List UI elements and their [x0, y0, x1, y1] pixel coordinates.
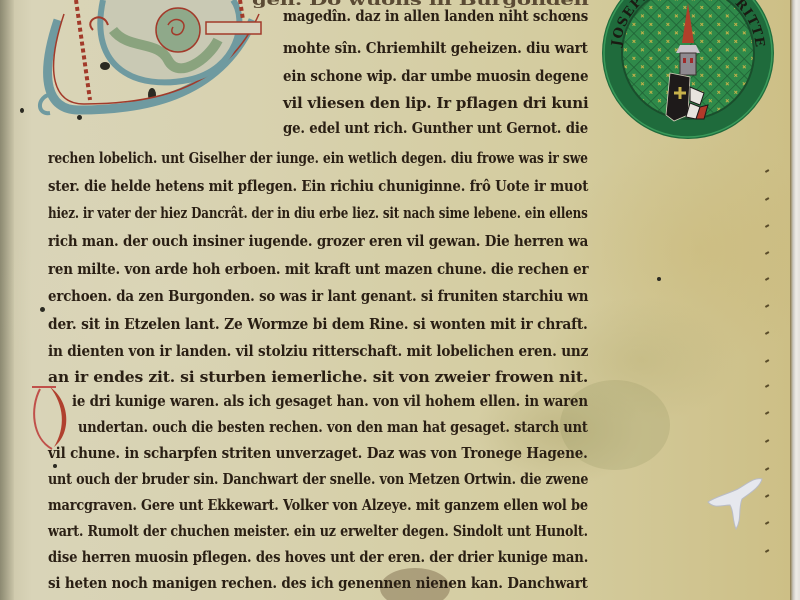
text-line: undertan. ouch die besten rechen. von de…: [78, 418, 588, 436]
text-line: unt ouch der bruder sin. Danchwart der s…: [48, 470, 588, 488]
text-line: der. sit in Etzelen lant. Ze Wormze bi d…: [48, 315, 588, 333]
text-line: marcgraven. Gere unt Ekkewart. Volker vo…: [48, 496, 588, 514]
text-line: dise herren muosin pflegen. des hoves un…: [48, 548, 588, 566]
text-line: hiez. ir vater der hiez Dancrât. der in …: [48, 204, 588, 222]
text-line: erchoen. da zen Burgonden. so was ir lan…: [48, 287, 588, 305]
text-line: ein schone wip. dar umbe muosin degene: [283, 67, 588, 85]
text-line: mohte sîn. Chriemhilt geheizen. diu wart: [283, 39, 588, 57]
manuscript-text-block: gen. Dô wuohs in Burgonden magedîn. daz …: [0, 0, 800, 600]
text-line: in dienten von ir landen. vil stolziu ri…: [48, 342, 588, 360]
text-line: si heten noch manigen rechen. des ich ge…: [48, 574, 588, 592]
text-line: ie dri kunige waren. als ich gesaget han…: [72, 392, 588, 410]
text-line: vil vliesen den lip. Ir pflagen dri kuni: [283, 94, 588, 112]
text-line: vil chune. in scharpfen striten unverzag…: [48, 444, 588, 462]
text-line: rechen lobelich. unt Giselher der iunge.…: [48, 149, 588, 167]
text-line: magedîn. daz in allen landen niht schœns: [283, 7, 588, 25]
text-line: ren milte. von arde hoh erboen. mit kraf…: [48, 260, 588, 278]
text-line: wart. Rumolt der chuchen meister. ein uz…: [48, 522, 588, 540]
text-line: an ir endes zit. si sturben iemerliche. …: [48, 368, 588, 386]
text-line: ster. die helde hetens mit pflegen. Ein …: [48, 177, 588, 195]
text-line: ge. edel unt rich. Gunther unt Gernot. d…: [283, 119, 588, 137]
text-line: rich man. der ouch insiner iugende. groz…: [48, 232, 588, 250]
